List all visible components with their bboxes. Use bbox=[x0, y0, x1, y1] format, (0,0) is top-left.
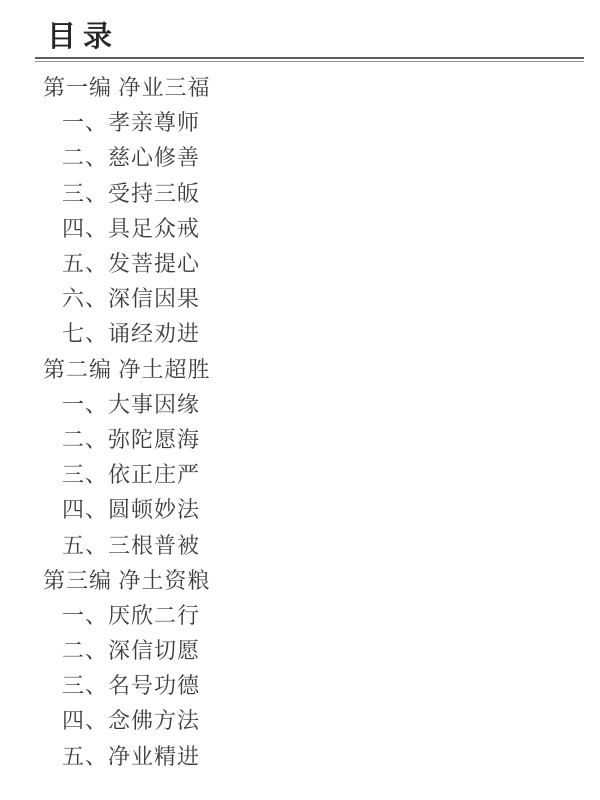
toc-item[interactable]: 四、圆顿妙法 bbox=[35, 491, 584, 526]
toc-item[interactable]: 六、深信因果 bbox=[35, 280, 584, 315]
toc-item[interactable]: 二、弥陀愿海 bbox=[35, 421, 584, 456]
toc-item[interactable]: 七、诵经劝进 bbox=[35, 315, 584, 350]
toc-item[interactable]: 三、受持三皈 bbox=[35, 175, 584, 210]
toc-chapter-heading[interactable]: 第二编 净土超胜 bbox=[35, 351, 584, 386]
toc-page: 目录 第一编 净业三福一、孝亲尊师二、慈心修善三、受持三皈四、具足众戒五、发菩提… bbox=[0, 0, 600, 800]
toc-item[interactable]: 三、依正庄严 bbox=[35, 456, 584, 491]
toc-list: 第一编 净业三福一、孝亲尊师二、慈心修善三、受持三皈四、具足众戒五、发菩提心六、… bbox=[35, 69, 584, 773]
toc-item[interactable]: 二、慈心修善 bbox=[35, 139, 584, 174]
toc-item[interactable]: 五、净业精进 bbox=[35, 738, 584, 773]
toc-item[interactable]: 一、大事因缘 bbox=[35, 386, 584, 421]
page-title: 目录 bbox=[47, 20, 584, 54]
toc-item[interactable]: 二、深信切愿 bbox=[35, 632, 584, 667]
toc-chapter-heading[interactable]: 第三编 净土资粮 bbox=[35, 562, 584, 597]
toc-item[interactable]: 一、孝亲尊师 bbox=[35, 104, 584, 139]
toc-item[interactable]: 一、厌欣二行 bbox=[35, 597, 584, 632]
title-divider bbox=[35, 57, 584, 62]
toc-item[interactable]: 三、名号功德 bbox=[35, 667, 584, 702]
toc-chapter-heading[interactable]: 第一编 净业三福 bbox=[35, 69, 584, 104]
toc-item[interactable]: 五、发菩提心 bbox=[35, 245, 584, 280]
toc-item[interactable]: 五、三根普被 bbox=[35, 526, 584, 561]
toc-item[interactable]: 四、具足众戒 bbox=[35, 210, 584, 245]
toc-item[interactable]: 四、念佛方法 bbox=[35, 702, 584, 737]
